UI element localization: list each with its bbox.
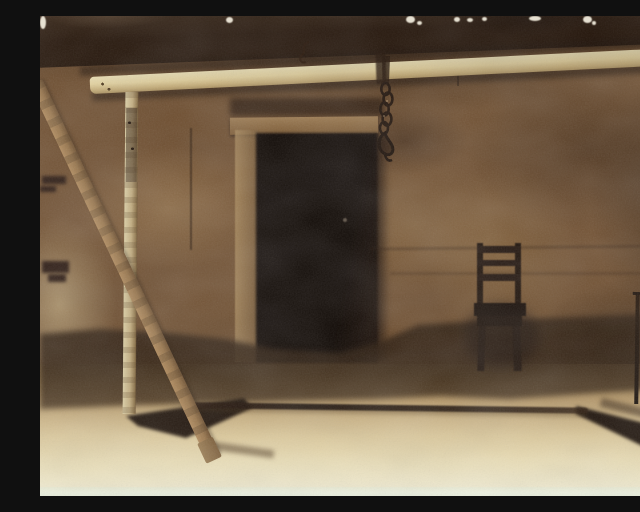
photo-speck [529, 16, 541, 21]
photo-speck [592, 21, 596, 25]
photo-speck [583, 16, 592, 23]
photo-speck [226, 17, 233, 23]
chair-leg [477, 326, 486, 371]
photo-speck [454, 17, 460, 22]
chair-apron [477, 316, 522, 326]
photo-speck [417, 21, 422, 25]
photograph [40, 16, 640, 496]
chair-back-slat [477, 246, 521, 253]
photo-speck [40, 16, 46, 29]
post-bracket [126, 108, 138, 182]
photo-speck [482, 17, 487, 21]
chair [474, 243, 526, 371]
photo-speck [467, 18, 473, 22]
chain-hook [369, 56, 405, 168]
photo-speck [406, 16, 415, 23]
photo-bottom-strip [40, 487, 640, 496]
wall-scratch-mark [296, 40, 314, 66]
chair-seat [474, 303, 526, 316]
chair-leg [512, 326, 522, 371]
chair-back-slat [477, 260, 521, 266]
chair-back-slat [477, 274, 521, 281]
